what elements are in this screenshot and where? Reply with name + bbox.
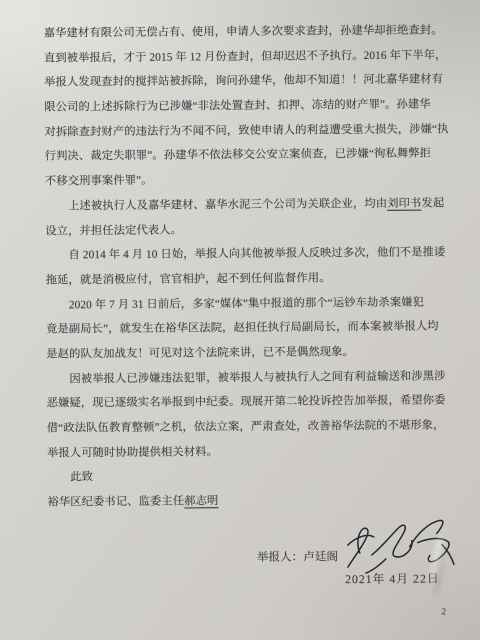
line-text: 因被举报人已涉嫌违法犯罪，被举报人与被执行人之间有利益输送和涉黑涉 [69,370,445,385]
reporter-signature-line: 举报人：卢廷阁 [257,544,338,570]
document-line: 裕华区纪委书记、监委主任郝志明 [47,487,463,515]
line-text: 竟是副局长”，就发生在裕华区法院，赵担任执行局副局长，而本案被举报人均 [46,321,439,336]
line-text: 限公司的上述拆除行为已涉嫌“非法处置查封、扣押、冻结的财产罪”。孙建华 [44,99,430,114]
document-line: 直到被举报后，才于 2015 年 12 月份查封，但却迟迟不予执行。2016 年… [44,43,460,71]
line-text: 2020 年 7 月 31 日前后，多家“媒体”集中报道的那个“运钞车劫杀案嫌犯 [69,296,424,311]
document-line: 自 2014 年 4 月 10 日始，举报人向其他被举报人反映过多次，他们不是推… [45,240,461,268]
line-text: 举报人发现查封的搅拌站被拆除，询问孙建华，他却不知道！！河北嘉华建材有 [44,74,443,89]
document-line: 因被举报人已涉嫌违法犯罪，被举报人与被执行人之间有利益输送和涉黑涉 [46,364,462,392]
document-line: 不移交刑事案件罪”。 [45,166,461,194]
document-line: 行判决、裁定失职罪”。孙建华不依法移交公安立案侦查，已涉嫌“徇私舞弊拒 [45,142,461,170]
document-line: 对拆除查封财产的违法行为不闻不问，致使申请人的利益遭受重大损失，涉嫌“执 [44,117,460,145]
document-lines: 嘉华建材有限公司无偿占有、使用，申请人多次要求查封，孙建华却拒绝查封。直到被举报… [44,18,464,515]
document-line: 2020 年 7 月 31 日前后，多家“媒体”集中报道的那个“运钞车劫杀案嫌犯 [46,290,462,318]
line-text: 拖延，就是消极应付，官官相护，起不到任何监督作用。 [46,272,331,286]
document-line: 拖延，就是消极应付，官官相护，起不到任何监督作用。 [46,265,462,293]
document-line: 限公司的上述拆除行为已涉嫌“非法处置查封、扣押、冻结的财产罪”。孙建华 [44,92,460,120]
line-text: 对拆除查封财产的违法行为不闻不问，致使申请人的利益遭受重大损失，涉嫌“执 [44,123,448,138]
line-text: 自 2014 年 4 月 10 日始，举报人向其他被举报人反映过多次，他们不是推… [68,247,445,262]
line-text: 不移交刑事案件罪”。 [45,175,153,188]
line-text: 设立，并担任法定代表人。 [45,224,182,237]
signature-date: 2021年 4月 22日 [345,566,440,592]
reporter-label: 举报人： [257,551,303,564]
document-content: 嘉华建材有限公司无偿占有、使用，申请人多次要求查封，孙建华却拒绝查封。直到被举报… [0,0,480,640]
line-text: 上述被执行人及嘉华建材、嘉华水泥三个公司为关联企业，均由 [68,198,387,213]
document-line: 举报人可随时协助提供相关材料。 [47,438,463,466]
document-line: 恶嫌疑，现已逐级实名举报到中纪委。现展开第二轮投诉控告加举报，希望你委 [47,389,463,417]
document-line: 嘉华建材有限公司无偿占有、使用，申请人多次要求查封，孙建华却拒绝查封。 [44,18,460,46]
line-text: 发起 [421,197,444,209]
line-text: 直到被举报后，才于 2015 年 12 月份查封，但却迟迟不予执行。2016 年… [44,49,447,64]
paper-page: 嘉华建材有限公司无偿占有、使用，申请人多次要求查封，孙建华却拒绝查封。直到被举报… [0,0,480,640]
document-line: 上述被执行人及嘉华建材、嘉华水泥三个公司为关联企业，均由刘印书发起 [45,191,461,219]
page-number: 2 [441,607,446,617]
line-text: 裕华区纪委书记、监委主任 [47,496,184,509]
line-text: 是赵的队友加战友！可见对这个法院来讲，已不是偶然现象。 [46,346,354,360]
reporter-name: 卢廷阁 [303,550,338,563]
line-text: 举报人可随时协助提供相关材料。 [47,446,218,459]
line-text: 行判决、裁定失职罪”。孙建华不依法移交公安立案侦查，已涉嫌“徇私舞弊拒 [45,148,431,163]
document-line: 竟是副局长”，就发生在裕华区法院，赵担任执行局副局长，而本案被举报人均 [46,315,462,343]
line-text: 此致 [70,472,93,484]
document-line: 借“政法队伍教育整顿”之机，依法立案，严肃查处，改善裕华法院的不堪形象， [47,413,463,441]
underlined-name: 刘印书 [387,197,421,209]
underlined-name: 郝志明 [184,495,218,507]
line-text: 嘉华建材有限公司无偿占有、使用，申请人多次要求查封，孙建华却拒绝查封。 [44,24,443,39]
document-line: 是赵的队友加战友！可见对这个法院来讲，已不是偶然现象。 [46,339,462,367]
line-text: 借“政法队伍教育整顿”之机，依法立案，严肃查处，改善裕华法院的不堪形象， [47,419,445,434]
document-line: 设立，并担任法定代表人。 [45,216,461,244]
line-text: 恶嫌疑，现已逐级实名举报到中纪委。现展开第二轮投诉控告加举报，希望你委 [47,395,446,410]
document-line: 举报人发现查封的搅拌站被拆除，询问孙建华，他却不知道！！河北嘉华建材有 [44,68,460,96]
document-line: 此致 [47,463,463,491]
